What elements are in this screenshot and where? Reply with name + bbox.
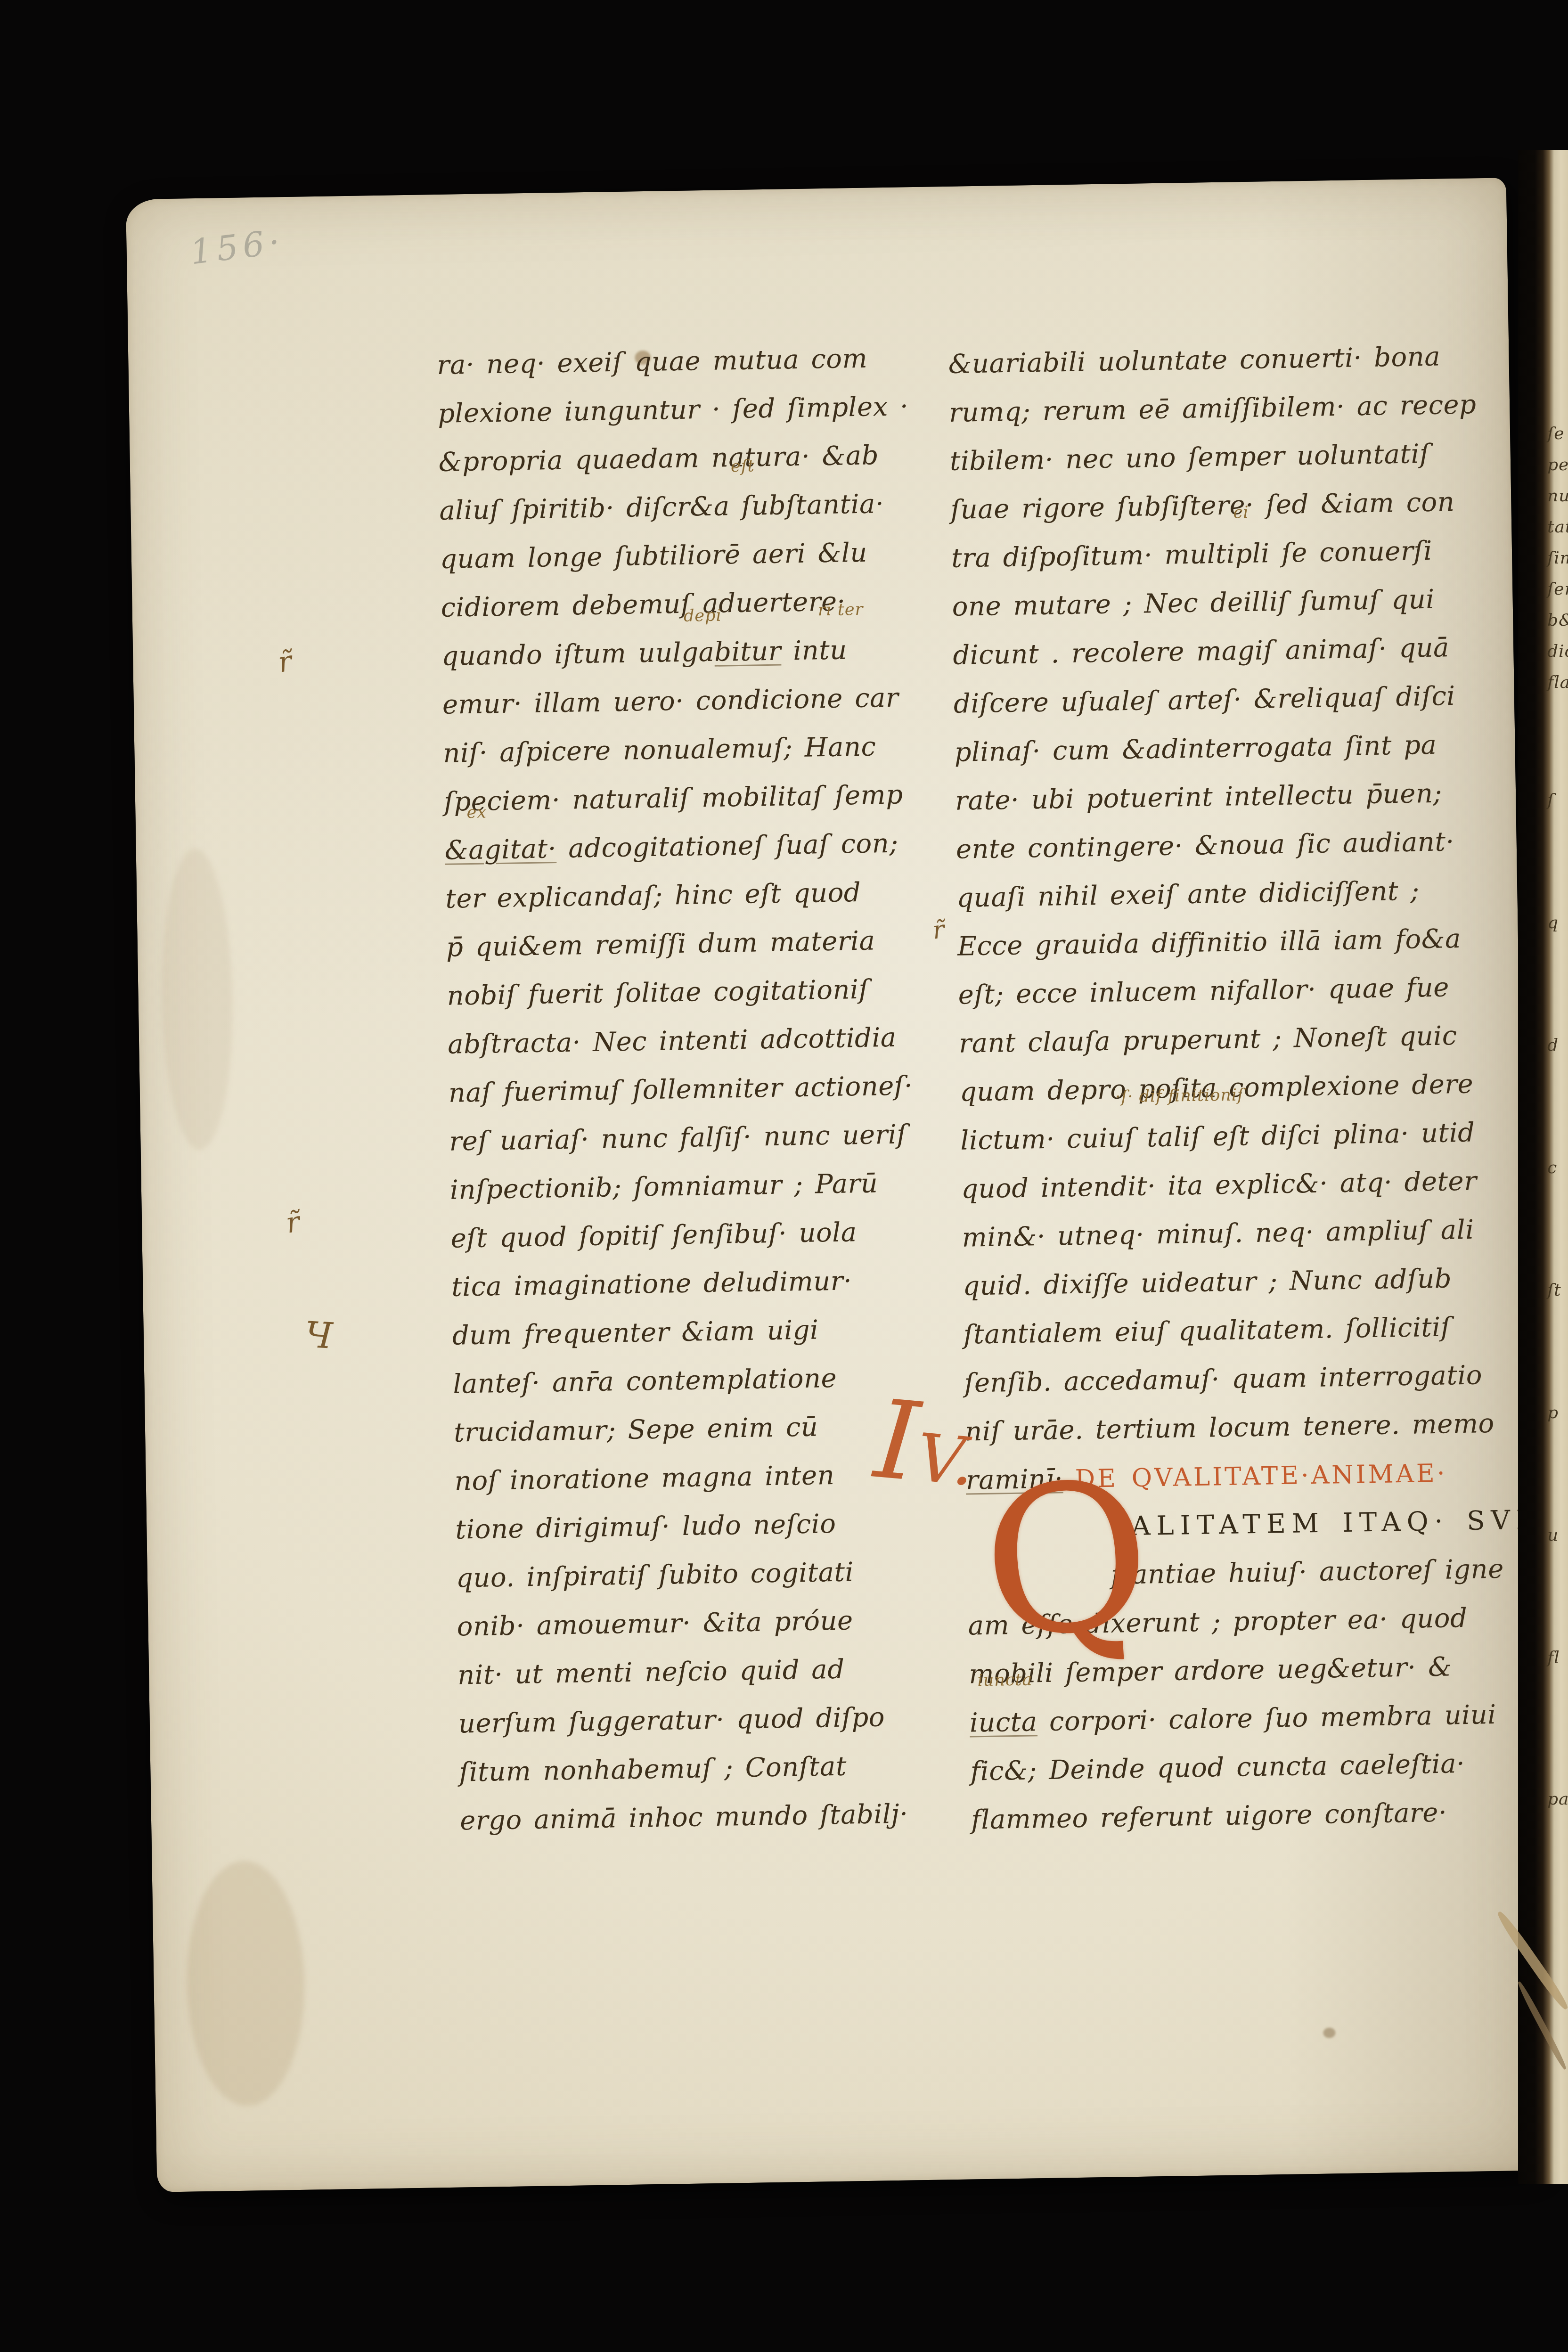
manuscript-text: iucta xyxy=(969,1707,1037,1738)
manuscript-text: ſitum nonhabemuſ ; Conſtat xyxy=(459,1751,847,1788)
text-line: p̄ qui&em remiſſi dum materia xyxy=(446,918,875,973)
text-line: lictum· cuiuſ taliſ eſt diſci plina· uti… xyxy=(960,1111,1475,1167)
interlinear-gloss: depi xyxy=(684,606,722,626)
manuscript-text: ter explicandaſ; hinc eſt quod xyxy=(445,877,861,915)
text-line: uerſum ſuggeratur· quod diſpo xyxy=(458,1695,885,1750)
manuscript-text: dicunt . recolere magiſ animaſ· quā xyxy=(953,632,1450,671)
manuscript-text: reſ uariaſ· nunc falſiſ· nunc ueriſ xyxy=(449,1119,907,1157)
facing-page-text-fragment: p xyxy=(1547,1403,1559,1422)
text-line: naſ fuerimuſ ſollemniter actioneſ· xyxy=(448,1063,913,1119)
text-line: ſuae rigore ſubſiſtere· ſed &iam con xyxy=(950,480,1455,536)
manuscript-text: quam longe ſubtiliorē aeri &lu xyxy=(440,538,868,575)
text-line: rant clauſa pruperunt ; Noneſt quic xyxy=(959,1013,1458,1070)
manuscript-text: &uariabili uoluntate conuerti· bona xyxy=(948,341,1440,379)
manuscript-text: plexione iunguntur · ſed ſimplex · xyxy=(438,391,909,429)
manuscript-text: lictum· cuiuſ taliſ eſt diſci plina· uti… xyxy=(960,1118,1475,1156)
manuscript-text: min&· utneq· minuſ. neq· ampliuſ ali xyxy=(962,1215,1474,1253)
text-line: abſtracta· Nec intenti adcottidia xyxy=(447,1015,897,1071)
manuscript-text: quando iſtum uulga xyxy=(441,637,715,672)
facing-page-text-fragment: dicu xyxy=(1547,642,1568,661)
chapter-numeral: IV. xyxy=(872,1407,978,1496)
facing-page-text-fragment: ſem xyxy=(1547,580,1568,599)
text-line: quando iſtum uulgabitur intu xyxy=(441,628,848,683)
text-line: ſpeciem· naturaliſ mobilitaſ ſemp xyxy=(443,773,903,828)
text-line: emur· illam uero· condicione car xyxy=(442,676,899,731)
text-line: Ecce grauida diffinitio illā iam fo&a xyxy=(957,916,1461,973)
text-line: lanteſ· anr̄a contemplatione xyxy=(453,1356,837,1411)
text-line: ergo animā inhoc mundo ſtabilj· xyxy=(459,1792,908,1847)
stain xyxy=(185,1860,306,2107)
manuscript-text: trucidamur; Sepe enim cū xyxy=(454,1412,818,1448)
stain xyxy=(160,848,235,1151)
manuscript-text: cidiorem debemuſ aduertere· xyxy=(441,586,846,623)
facing-page-text-fragment: u xyxy=(1547,1526,1559,1545)
text-line: VALITATEM ITAQ· SVB xyxy=(1108,1497,1542,1552)
facing-page-text-fragment: ſe xyxy=(1547,424,1565,443)
manuscript-text: rumq; rerum eē amiſſibilem· ac recep xyxy=(949,389,1477,428)
manuscript-text: nit· ut menti neſcio quid ad xyxy=(457,1654,845,1691)
manuscript-text: Ecce grauida diffinitio illā iam fo&a xyxy=(957,923,1462,962)
text-line: nobiſ fuerit ſolitae cogitationiſ xyxy=(447,967,869,1022)
facing-page-text-fragment: nu xyxy=(1547,486,1568,506)
manuscript-text: ſpeciem· naturaliſ mobilitaſ ſemp xyxy=(444,780,903,817)
text-line: rumq; rerum eē amiſſibilem· ac recep xyxy=(949,382,1477,439)
text-line: noſ inoratione magna inten xyxy=(454,1453,835,1508)
manuscript-text: uerſum ſuggeratur· quod diſpo xyxy=(458,1702,885,1739)
margin-mark: Ч xyxy=(304,1314,334,1357)
text-line: plexione iunguntur · ſed ſimplex · xyxy=(437,384,909,440)
manuscript-text: ſtantialem eiuſ qualitatem. ſollicitiſ xyxy=(964,1312,1451,1350)
text-line: eſt quod ſopitiſ ſenſibuſ· uola xyxy=(450,1210,857,1265)
manuscript-text: quaſi nihil exeiſ ante didiciſſent ; xyxy=(956,875,1420,913)
interlinear-gloss: ex xyxy=(466,803,487,822)
text-line: tra diſpoſitum· multipli ſe conuerſi xyxy=(951,529,1432,585)
margin-mark: r̃ xyxy=(284,1205,302,1240)
text-line: tibilem· nec uno ſemper uoluntatiſ xyxy=(949,432,1430,488)
manuscript-text: diſcere uſualeſ arteſ· &reliquaſ diſci xyxy=(953,681,1455,719)
facing-page-text-fragment: tat xyxy=(1547,517,1568,537)
manuscript-photo: { "page": { "pencil_folio": "156·", "cha… xyxy=(0,0,1568,2352)
text-line: inſpectionib; ſomniamur ; Parū xyxy=(449,1161,878,1216)
stain xyxy=(1323,2027,1335,2038)
manuscript-text: ente contingere· &noua ſic audiant· xyxy=(955,826,1454,865)
manuscript-text: quod intendit· ita explic&· atq· deter xyxy=(961,1166,1477,1204)
manuscript-text: ergo animā inhoc mundo ſtabilj· xyxy=(460,1799,908,1837)
manuscript-text: intu xyxy=(781,635,847,666)
text-line: cidiorem debemuſ aduertere· xyxy=(441,579,846,634)
interlinear-gloss: ri ter xyxy=(818,600,864,620)
manuscript-text: bitur xyxy=(714,636,782,668)
text-line: flammeo referunt uigore conſtare· xyxy=(971,1790,1447,1846)
text-line: tione dirigimuſ· ludo neſcio xyxy=(455,1502,837,1556)
manuscript-text: rant clauſa pruperunt ; Noneſt quic xyxy=(959,1021,1457,1059)
manuscript-text: adcogitationeſ ſuaſ con; xyxy=(556,828,898,864)
facing-page-text-fragment: q xyxy=(1547,913,1559,932)
facing-page-text-fragment: pa xyxy=(1547,1789,1568,1809)
manuscript-text: one mutare ; Nec deilliſ ſumuſ qui xyxy=(952,584,1435,622)
text-line: quod intendit· ita explic&· atq· deter xyxy=(961,1159,1477,1215)
manuscript-text: niſ urāe. tertium locum tenere. memo xyxy=(965,1408,1495,1447)
text-column-left: ra· neq· exeiſ quae mutua complexione iu… xyxy=(437,335,975,1898)
facing-page-text-fragment: b& xyxy=(1547,611,1568,630)
manuscript-text: nobiſ fuerit ſolitae cogitationiſ xyxy=(447,974,869,1012)
manuscript-text: aliuſ ſpiritib· diſcr&a ſubſtantia· xyxy=(439,489,884,526)
facing-page-text-fragment: fl xyxy=(1547,1648,1560,1667)
facing-page-text-fragment: ſim xyxy=(1547,548,1568,568)
text-line: trucidamur; Sepe enim cū xyxy=(453,1405,818,1459)
facing-page-text-fragment: ſt xyxy=(1547,1281,1561,1300)
manuscript-text: ra· neq· exeiſ quae mutua com xyxy=(437,343,867,381)
manuscript-text: abſtracta· Nec intenti adcottidia xyxy=(448,1022,897,1060)
text-line: nit· ut menti neſcio quid ad xyxy=(457,1647,845,1702)
manuscript-text: niſ· aſpicere nonualemuſ; Hanc xyxy=(443,731,876,768)
facing-page-text-fragment: d xyxy=(1547,1036,1559,1055)
text-line: onib· amouemur· &ita próue xyxy=(457,1598,854,1653)
text-line: ſtantiae huiuſ· auctoreſ igne xyxy=(1111,1547,1504,1601)
facing-page-edge: ſepenutatſimſemb&dicuflamſqdcſtpuflpa xyxy=(1518,150,1568,2184)
manuscript-text: ſtantiae huiuſ· auctoreſ igne xyxy=(1111,1554,1504,1591)
facing-page-text-fragment: ſ xyxy=(1547,791,1554,810)
text-line: eſt; ecce inlucem nifallor· quae fue xyxy=(958,965,1450,1021)
facing-page-text-fragment: flam xyxy=(1547,673,1568,692)
manuscript-text: tica imaginatione deludimur· xyxy=(451,1266,852,1302)
text-line: &propria quaedam natura· &ab xyxy=(438,433,879,489)
parchment-page: 156· ra· neq· exeiſ quae mutua complexio… xyxy=(126,178,1537,2192)
manuscript-text: emur· illam uero· condicione car xyxy=(442,683,898,720)
pencil-folio-number: 156· xyxy=(188,221,286,272)
manuscript-text: quo. inſpiratiſ ſubito cogitati xyxy=(456,1557,854,1593)
text-line: dum frequenter &iam uigi xyxy=(452,1307,819,1362)
text-line: niſ· aſpicere nonualemuſ; Hanc xyxy=(443,724,876,779)
manuscript-text: &agitat· xyxy=(444,833,556,866)
text-line: quam longe ſubtiliorē aeri &lu xyxy=(440,531,867,586)
decorated-initial-Q: Q xyxy=(977,1454,1156,1667)
manuscript-text: tra diſpoſitum· multipli ſe conuerſi xyxy=(951,536,1433,574)
manuscript-text: ſenſib. accedamuſ· quam interrogatio xyxy=(964,1360,1482,1398)
interlinear-gloss: eſt xyxy=(731,457,755,476)
manuscript-text: noſ inoratione magna inten xyxy=(454,1460,834,1497)
text-line: reſ uariaſ· nunc falſiſ· nunc ueriſ xyxy=(449,1112,907,1168)
text-line: plinaſ· cum &adinterrogata ſint pa xyxy=(954,723,1437,779)
text-line: ter explicandaſ; hinc eſt quod xyxy=(445,870,861,925)
manuscript-text: &propria quaedam natura· &ab xyxy=(438,440,879,478)
manuscript-text: plinaſ· cum &adinterrogata ſint pa xyxy=(954,730,1437,768)
text-line: ſenſib. accedamuſ· quam interrogatio xyxy=(964,1353,1483,1409)
interlinear-gloss: ·ſ· dif finitioniſ xyxy=(1115,1086,1244,1106)
text-line: ra· neq· exeiſ quae mutua com xyxy=(437,336,868,392)
manuscript-text: ſuae rigore ſubſiſtere· ſed &iam con xyxy=(950,487,1455,525)
manuscript-text: quid. dixiſſe uideatur ; Nunc adſub xyxy=(963,1263,1452,1301)
manuscript-text: inſpectionib; ſomniamur ; Parū xyxy=(450,1168,878,1205)
margin-mark: r̃ xyxy=(276,645,294,679)
manuscript-text: tione dirigimuſ· ludo neſcio xyxy=(455,1509,836,1545)
manuscript-text: onib· amouemur· &ita próue xyxy=(457,1605,853,1642)
interlinear-gloss: ci xyxy=(1233,503,1249,523)
text-line: diſcere uſualeſ arteſ· &reliquaſ diſci xyxy=(953,674,1455,730)
text-line: min&· utneq· minuſ. neq· ampliuſ ali xyxy=(962,1208,1474,1264)
text-line: aliuſ ſpiritib· diſcr&a ſubſtantia· xyxy=(439,482,884,537)
manuscript-text: tibilem· nec uno ſemper uoluntatiſ xyxy=(949,439,1429,477)
manuscript-text: flammeo referunt uigore conſtare· xyxy=(971,1797,1447,1836)
manuscript-text: naſ fuerimuſ ſollemniter actioneſ· xyxy=(448,1070,913,1108)
text-line: ſitum nonhabemuſ ; Conſtat xyxy=(459,1744,847,1799)
text-line: &uariabili uoluntate conuerti· bona xyxy=(948,334,1441,390)
text-line: ſtantialem eiuſ qualitatem. ſollicitiſ xyxy=(963,1305,1451,1361)
text-line: fic&; Deinde quod cuncta caeleſtia· xyxy=(970,1741,1465,1797)
facing-page-text-fragment: c xyxy=(1547,1158,1557,1177)
facing-page-text-fragment: pe xyxy=(1547,455,1568,474)
margin-marks: r̃r̃r̃Ч xyxy=(126,178,1506,199)
manuscript-text: rate· ubi potuerint intellectu p̄uen; xyxy=(955,778,1443,817)
text-line: one mutare ; Nec deilliſ ſumuſ qui xyxy=(952,577,1435,633)
manuscript-text: lanteſ· anr̄a contemplatione xyxy=(453,1363,837,1400)
text-line: rate· ubi potuerint intellectu p̄uen; xyxy=(955,771,1442,827)
manuscript-text: corpori· calore ſuo membra uiui xyxy=(1037,1699,1496,1737)
text-line: quo. inſpiratiſ ſubito cogitati xyxy=(456,1550,854,1604)
text-line: quid. dixiſſe uideatur ; Nunc adſub xyxy=(963,1256,1452,1312)
manuscript-text: p̄ qui&em remiſſi dum materia xyxy=(446,925,875,963)
manuscript-text: dum frequenter &iam uigi xyxy=(452,1315,819,1351)
text-line: ente contingere· &noua ſic audiant· xyxy=(955,819,1454,876)
text-line: iucta corpori· calore ſuo membra uiui xyxy=(969,1692,1496,1749)
text-line: &agitat· adcogitationeſ ſuaſ con; xyxy=(444,821,899,877)
manuscript-text: fic&; Deinde quod cuncta caeleſtia· xyxy=(970,1748,1465,1787)
text-line: dicunt . recolere magiſ animaſ· quā xyxy=(953,625,1450,682)
text-line: tica imaginatione deludimur· xyxy=(451,1258,853,1313)
text-line: quaſi nihil exeiſ ante didiciſſent ; xyxy=(956,868,1420,924)
manuscript-text: VALITATEM ITAQ· SVB xyxy=(1108,1504,1542,1542)
manuscript-text: eſt quod ſopitiſ ſenſibuſ· uola xyxy=(450,1217,857,1254)
manuscript-text: eſt; ecce inlucem nifallor· quae fue xyxy=(958,972,1449,1010)
